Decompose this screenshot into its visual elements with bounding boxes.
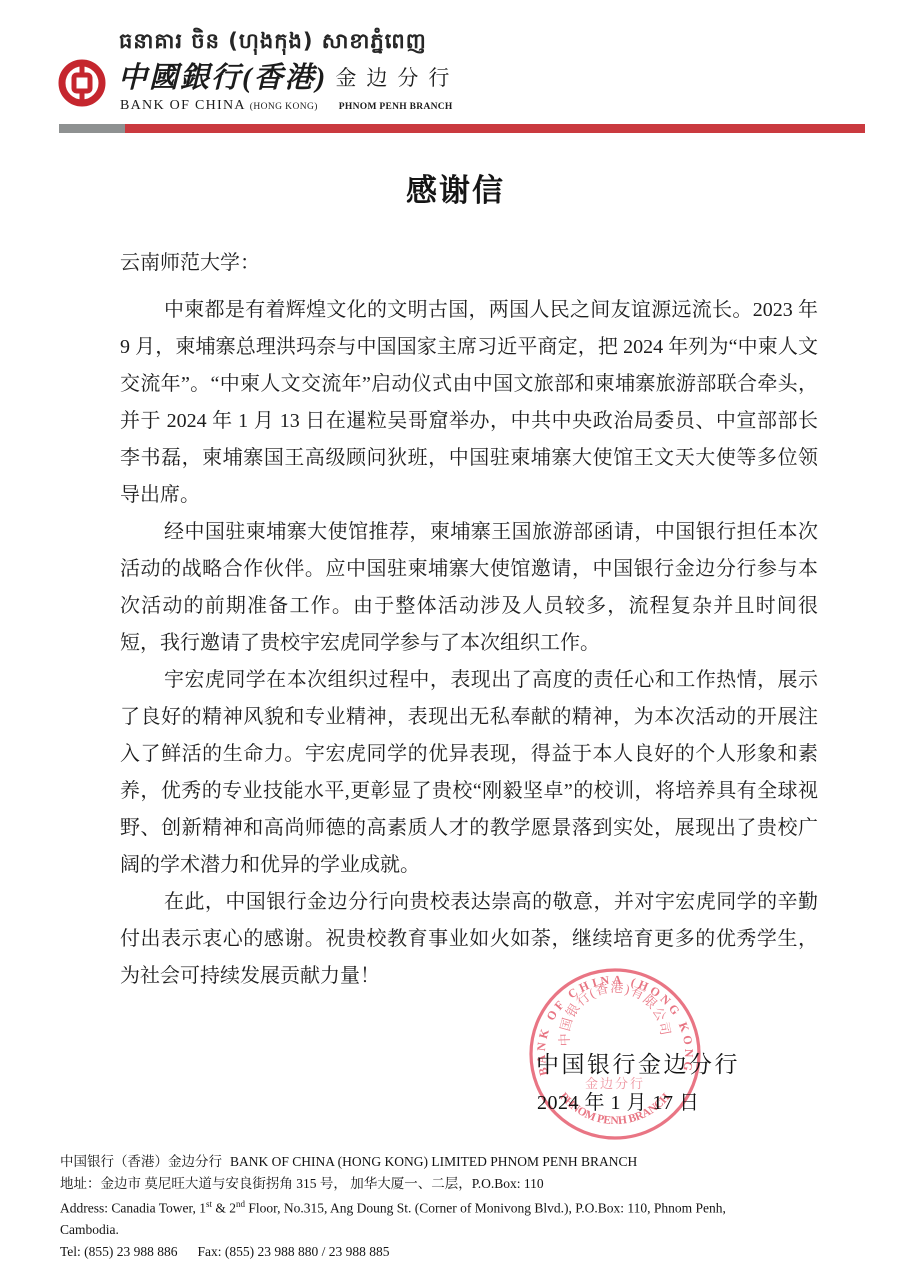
letter-paragraph: 中柬都是有着辉煌文化的文明古国，两国人民之间友谊源远流长。2023 年 9 月，… — [120, 292, 818, 514]
footer-tel: Tel: (855) 23 988 886 — [60, 1244, 178, 1259]
letter-page: ធនាគារ ចិន (ហុងកុង) សាខាភ្នំពេញ 中國銀行(香港)… — [0, 0, 911, 1285]
footer-fax: Fax: (855) 23 988 880 / 23 988 885 — [198, 1244, 390, 1259]
date-line: 2024 年 1 月 17 日 — [537, 1086, 700, 1115]
letter-paragraph: 宇宏虎同学在本次组织过程中，表现出了高度的责任心和工作热情，展示了良好的精神风貌… — [120, 662, 818, 884]
footer-address-en: Address: Canadia Tower, 1st & 2nd Floor,… — [60, 1194, 726, 1219]
header-en-bank: BANK OF CHINA — [120, 98, 246, 113]
divider-red-segment — [125, 124, 865, 133]
footer-address-en-part: Address: Canadia Tower, 1 — [60, 1201, 206, 1216]
footer-address-cn: 地址：金边市 莫尼旺大道与安良街拐角 315 号， 加华大厦一、二层，P.O.B… — [60, 1173, 726, 1195]
footer-address-ordinal: nd — [236, 1199, 245, 1209]
header-en-hk: (HONG KONG) — [250, 102, 318, 112]
footer-address-en-part: & 2 — [212, 1201, 236, 1216]
letter-salutation: 云南师范大学： — [120, 245, 818, 282]
signature-line: 中国银行金边分行 — [536, 1046, 740, 1079]
header-cn-branch: 金边分行 — [335, 66, 459, 90]
letter-body: 云南师范大学： 中柬都是有着辉煌文化的文明古国，两国人民之间友谊源远流长。202… — [120, 245, 818, 995]
divider-gray-segment — [59, 124, 125, 133]
footer-country: Cambodia. — [60, 1219, 726, 1241]
footer-company-cn: 中国银行（香港）金边分行 — [60, 1154, 222, 1169]
footer-contact-line: Tel: (855) 23 988 886Fax: (855) 23 988 8… — [60, 1241, 726, 1263]
header-chinese-name: 中國銀行(香港)金边分行 — [118, 55, 459, 96]
header-en-branch: PHNOM PENH BRANCH — [339, 102, 453, 112]
letter-paragraph: 在此，中国银行金边分行向贵校表达崇高的敬意，并对宇宏虎同学的辛勤付出表示衷心的感… — [120, 884, 818, 995]
footer-address-en-part: Floor, No.315, Ang Doung St. (Corner of … — [245, 1201, 726, 1216]
bank-of-china-logo-icon — [56, 57, 108, 109]
footer-company-en: BANK OF CHINA (HONG KONG) LIMITED PHNOM … — [230, 1154, 637, 1169]
letter-title: 感谢信 — [0, 165, 911, 210]
header-cn-calligraphy: 中國銀行(香港) — [118, 62, 327, 94]
letter-paragraph: 经中国驻柬埔寨大使馆推荐，柬埔寨王国旅游部函请，中国银行担任本次活动的战略合作伙… — [120, 514, 818, 662]
letterhead-footer: 中国银行（香港）金边分行BANK OF CHINA (HONG KONG) LI… — [60, 1151, 726, 1262]
footer-company-line: 中国银行（香港）金边分行BANK OF CHINA (HONG KONG) LI… — [60, 1151, 726, 1173]
header-divider-bar — [59, 124, 865, 133]
header-english-name: BANK OF CHINA (HONG KONG) PHNOM PENH BRA… — [120, 96, 453, 114]
